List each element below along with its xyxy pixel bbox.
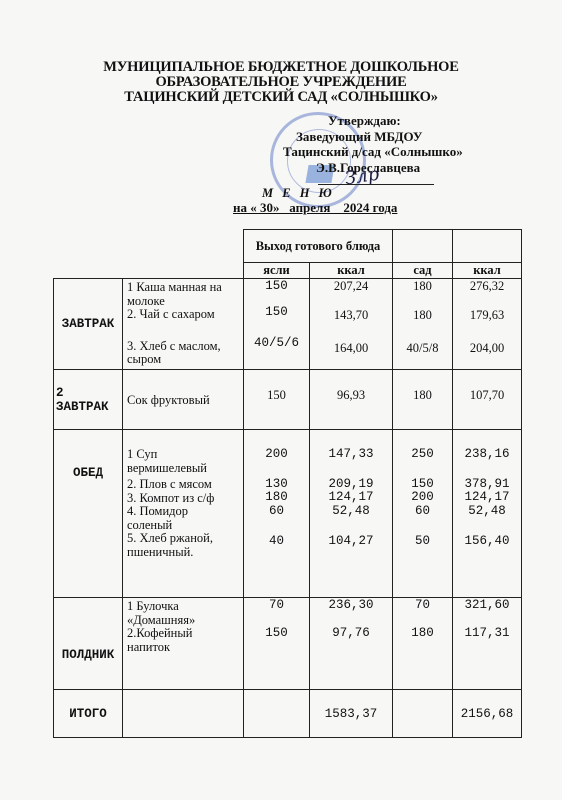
garden-portions: 70 180 [393,598,453,690]
signature-line [318,184,434,185]
total-kcal-garden: 2156,68 [453,690,522,738]
approve-label: Утверждаю: [258,113,498,129]
nursery-kcal: 207,24 143,70 164,00 [310,279,393,370]
garden-kcal: 276,32 179,63 204,00 [453,279,522,370]
dish-item: Сок фруктовый [123,370,244,430]
header-blank [54,230,244,279]
menu-title: М Е Н Ю [262,186,335,201]
table-row: ЗАВТРАК 1 Каша манная на молоке 2. Чай с… [54,279,522,370]
dish-list: 1 Суп вермишелевый 2. Плов с мясом 3. Ко… [123,430,244,598]
meal-name: 2 ЗАВТРАК [54,370,123,430]
menu-table: Выход готового блюда ясли ккал сад ккал … [53,229,522,738]
header-nursery: ясли [244,263,310,279]
nursery-portions: 70 150 [244,598,310,690]
nursery-kcal: 236,30 97,76 [310,598,393,690]
meal-name: ПОЛДНИК [54,598,123,690]
meal-name: ОБЕД [54,430,123,598]
garden-kcal: 321,60 117,31 [453,598,522,690]
total-empty [393,690,453,738]
garden-portions: 250 150 200 60 50 [393,430,453,598]
total-empty [244,690,310,738]
garden-portions: 180 [393,370,453,430]
org-line: ТАЦИНСКИЙ ДЕТСКИЙ САД «СОЛНЫШКО» [0,90,562,105]
dish-item: 2. Чай с сахаром [127,308,243,322]
organization-header: МУНИЦИПАЛЬНОЕ БЮДЖЕТНОЕ ДОШКОЛЬНОЕ ОБРАЗ… [0,60,562,105]
header-empty [453,230,522,263]
total-kcal-nursery: 1583,37 [310,690,393,738]
header-kcal-nursery: ккал [310,263,393,279]
dish-item: 1 Каша манная на молоке [127,281,243,308]
header-empty [393,230,453,263]
nursery-kcal: 96,93 [310,370,393,430]
nursery-portions: 150 [244,370,310,430]
org-line: ОБРАЗОВАТЕЛЬНОЕ УЧРЕЖДЕНИЕ [0,75,562,90]
garden-portions: 180 180 40/5/8 [393,279,453,370]
total-empty [123,690,244,738]
menu-document: МУНИЦИПАЛЬНОЕ БЮДЖЕТНОЕ ДОШКОЛЬНОЕ ОБРАЗ… [0,0,562,800]
total-label: ИТОГО [54,690,123,738]
total-row: ИТОГО 1583,37 2156,68 [54,690,522,738]
dish-list: 1 Каша манная на молоке 2. Чай с сахаром… [123,279,244,370]
menu-date: на « 30» апреля 2024 года [233,200,397,216]
approver-position: Заведующий МБДОУ [258,129,498,145]
dish-list: 1 Булочка «Домашняя» 2.Кофейный напиток [123,598,244,690]
meal-name: ЗАВТРАК [54,279,123,370]
header-garden: сад [393,263,453,279]
nursery-kcal: 147,33 209,19 124,17 52,48 104,27 [310,430,393,598]
header-output-group: Выход готового блюда [244,230,393,263]
signature: Злр [344,164,381,190]
table-row: 2 ЗАВТРАК Сок фруктовый 150 96,93 180 10… [54,370,522,430]
approver-institution: Тацинский д/сад «Солнышко» [258,144,498,160]
table-row: ОБЕД 1 Суп вермишелевый 2. Плов с мясом … [54,430,522,598]
approval-block: Утверждаю: Заведующий МБДОУ Тацинский д/… [258,113,498,175]
org-line: МУНИЦИПАЛЬНОЕ БЮДЖЕТНОЕ ДОШКОЛЬНОЕ [0,60,562,75]
header-kcal-garden: ккал [453,263,522,279]
table-row: ПОЛДНИК 1 Булочка «Домашняя» 2.Кофейный … [54,598,522,690]
nursery-portions: 150 150 40/5/6 [244,279,310,370]
dish-item: 3. Хлеб с маслом, сыром [127,340,243,367]
garden-kcal: 107,70 [453,370,522,430]
garden-kcal: 238,16 378,91 124,17 52,48 156,40 [453,430,522,598]
nursery-portions: 200 130 180 60 40 [244,430,310,598]
